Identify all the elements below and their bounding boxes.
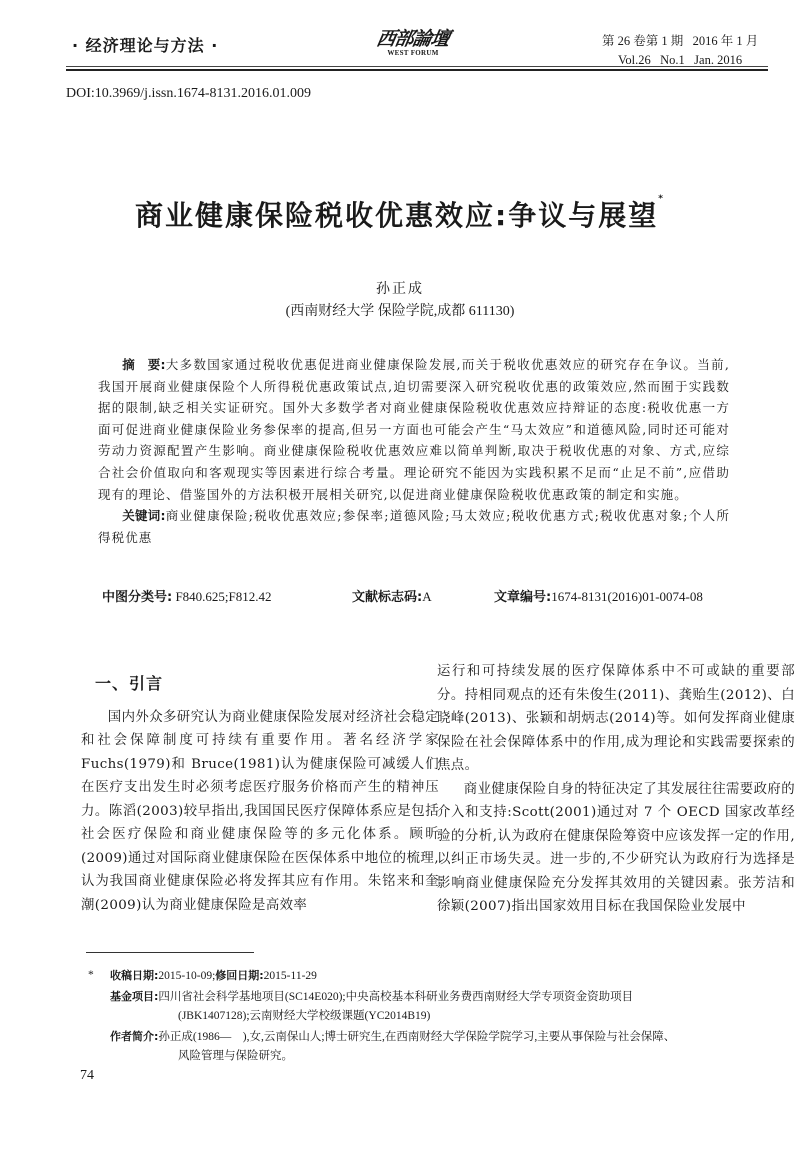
- footnote-author: 作者简介:孙正成(1986— ),女,云南保山人;博士研究生,在西南财经大学保险…: [82, 1027, 762, 1048]
- keywords-text: 商业健康保险;税收优惠效应;参保率;道德风险;马太效应;税收优惠方式;税收优惠对…: [98, 508, 730, 545]
- header-rule-thin: [66, 66, 768, 67]
- document-code: 文献标志码:A: [352, 586, 432, 605]
- title-footnote-mark: *: [658, 194, 665, 204]
- article-no-label: 文章编号:: [494, 590, 551, 605]
- footnotes: * 收稿日期:2015-10-09;修回日期:2015-11-29 基金项目:四…: [82, 966, 762, 1067]
- doi[interactable]: DOI:10.3969/j.issn.1674-8131.2016.01.009: [66, 86, 311, 102]
- author-bio-label: 作者简介:: [110, 1030, 158, 1043]
- body-column-left: 一、引言 国内外众多研究认为商业健康保险发展对经济社会稳定和社会保障制度可持续有…: [81, 664, 439, 917]
- revised-label: 修回日期:: [215, 969, 263, 982]
- journal-logo: 西部論壇 WEST FORUM: [373, 24, 453, 64]
- abstract-label: 摘 要:: [122, 357, 166, 372]
- received-date: 2015-10-09;: [158, 970, 215, 982]
- article-no-value: 1674-8131(2016)01-0074-08: [551, 589, 703, 604]
- footnote-dates: * 收稿日期:2015-10-09;修回日期:2015-11-29: [82, 966, 762, 987]
- body-paragraph: 商业健康保险自身的特征决定了其发展往往需要政府的介入和支持:Scott(2001…: [437, 778, 795, 919]
- page-number: 74: [80, 1068, 94, 1084]
- footnote-star: *: [88, 966, 94, 986]
- journal-logo-cn: 西部論壇: [371, 24, 456, 51]
- section-label: · 经济理论与方法 ·: [72, 33, 218, 56]
- issue-info: 第 26 卷第 1 期 2016 年 1 月 Vol.26 No.1 Jan. …: [602, 32, 772, 70]
- body-paragraph: 运行和可持续发展的医疗保障体系中不可或缺的重要部分。持相同观点的还有朱俊生(20…: [437, 660, 795, 778]
- footnote-rule: [86, 952, 254, 953]
- body-column-right: 运行和可持续发展的医疗保障体系中不可或缺的重要部分。持相同观点的还有朱俊生(20…: [437, 660, 795, 919]
- clc-label: 中图分类号:: [102, 590, 172, 605]
- keywords-paragraph: 关键词:商业健康保险;税收优惠效应;参保率;道德风险;马太效应;税收优惠方式;税…: [98, 505, 730, 548]
- author-name: 孙正成: [0, 278, 800, 298]
- footnote-author-cont: 风险管理与保险研究。: [82, 1047, 762, 1067]
- issue-info-en: Vol.26 No.1 Jan. 2016: [602, 51, 772, 70]
- abstract-block: 摘 要:大多数国家通过税收优惠促进商业健康保险发展,而关于税收优惠效应的研究存在…: [98, 354, 730, 548]
- article-title: 商业健康保险税收优惠效应:争议与展望*: [0, 194, 800, 234]
- doc-code-label: 文献标志码:: [352, 590, 422, 605]
- clc-value: F840.625;F812.42: [172, 589, 271, 604]
- keywords-label: 关键词:: [122, 508, 165, 523]
- footnote-fund: 基金项目:四川省社会科学基地项目(SC14E020);中央高校基本科研业务费西南…: [82, 987, 762, 1008]
- article-number: 文章编号:1674-8131(2016)01-0074-08: [494, 586, 703, 605]
- body-paragraph: 国内外众多研究认为商业健康保险发展对经济社会稳定和社会保障制度可持续有重要作用。…: [81, 706, 439, 918]
- header-rule-thick: [66, 69, 768, 71]
- abstract-text: 大多数国家通过税收优惠促进商业健康保险发展,而关于税收优惠效应的研究存在争议。当…: [98, 357, 730, 502]
- section-heading-introduction: 一、引言: [95, 672, 439, 696]
- author-bio-text-1: 孙正成(1986— ),女,云南保山人;博士研究生,在西南财经大学保险学院学习,…: [158, 1031, 675, 1043]
- footnote-fund-cont: (JBK1407128);云南财经大学校级课题(YC2014B19): [82, 1007, 762, 1027]
- article-title-text: 商业健康保险税收优惠效应:争议与展望: [135, 199, 658, 232]
- received-label: 收稿日期:: [110, 969, 158, 982]
- author-affiliation: (西南财经大学 保险学院,成都 611130): [0, 300, 800, 320]
- revised-date: 2015-11-29: [264, 970, 317, 982]
- doc-code-value: A: [422, 589, 431, 604]
- abstract-paragraph: 摘 要:大多数国家通过税收优惠促进商业健康保险发展,而关于税收优惠效应的研究存在…: [98, 354, 730, 505]
- fund-text-1: 四川省社会科学基地项目(SC14E020);中央高校基本科研业务费西南财经大学专…: [158, 991, 633, 1003]
- fund-label: 基金项目:: [110, 990, 158, 1003]
- clc-code: 中图分类号: F840.625;F812.42: [102, 586, 272, 605]
- issue-info-cn: 第 26 卷第 1 期 2016 年 1 月: [602, 32, 772, 51]
